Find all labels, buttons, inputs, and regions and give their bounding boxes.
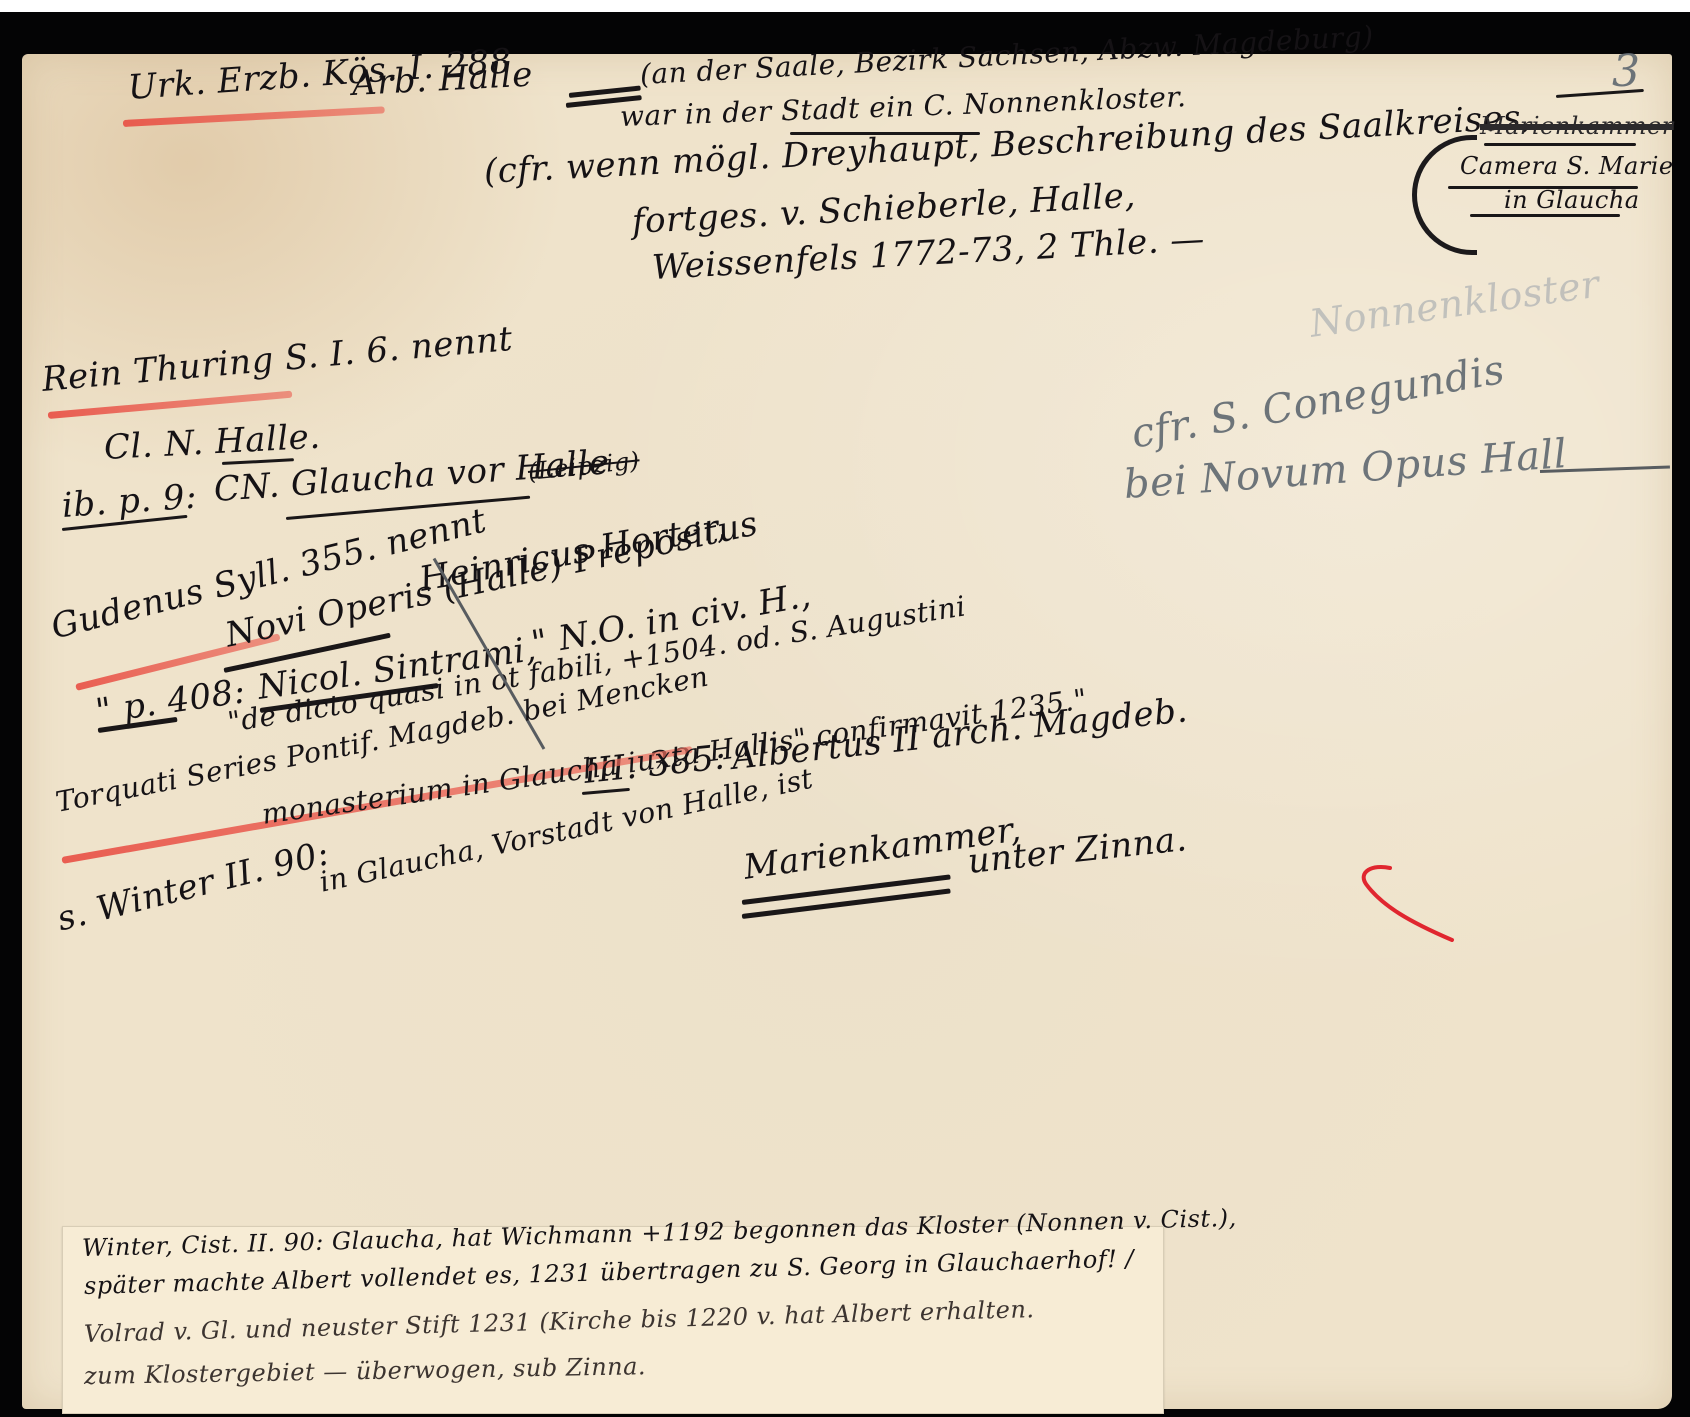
margin-struck-word: Marienkammer (1480, 112, 1674, 140)
margin-underline-2 (1470, 214, 1620, 217)
margin-line-2: in Glaucha (1504, 186, 1640, 214)
margin-rule (1484, 143, 1636, 146)
red-check-mark (1352, 862, 1472, 942)
margin-line-1: Camera S. Marie (1460, 152, 1674, 180)
